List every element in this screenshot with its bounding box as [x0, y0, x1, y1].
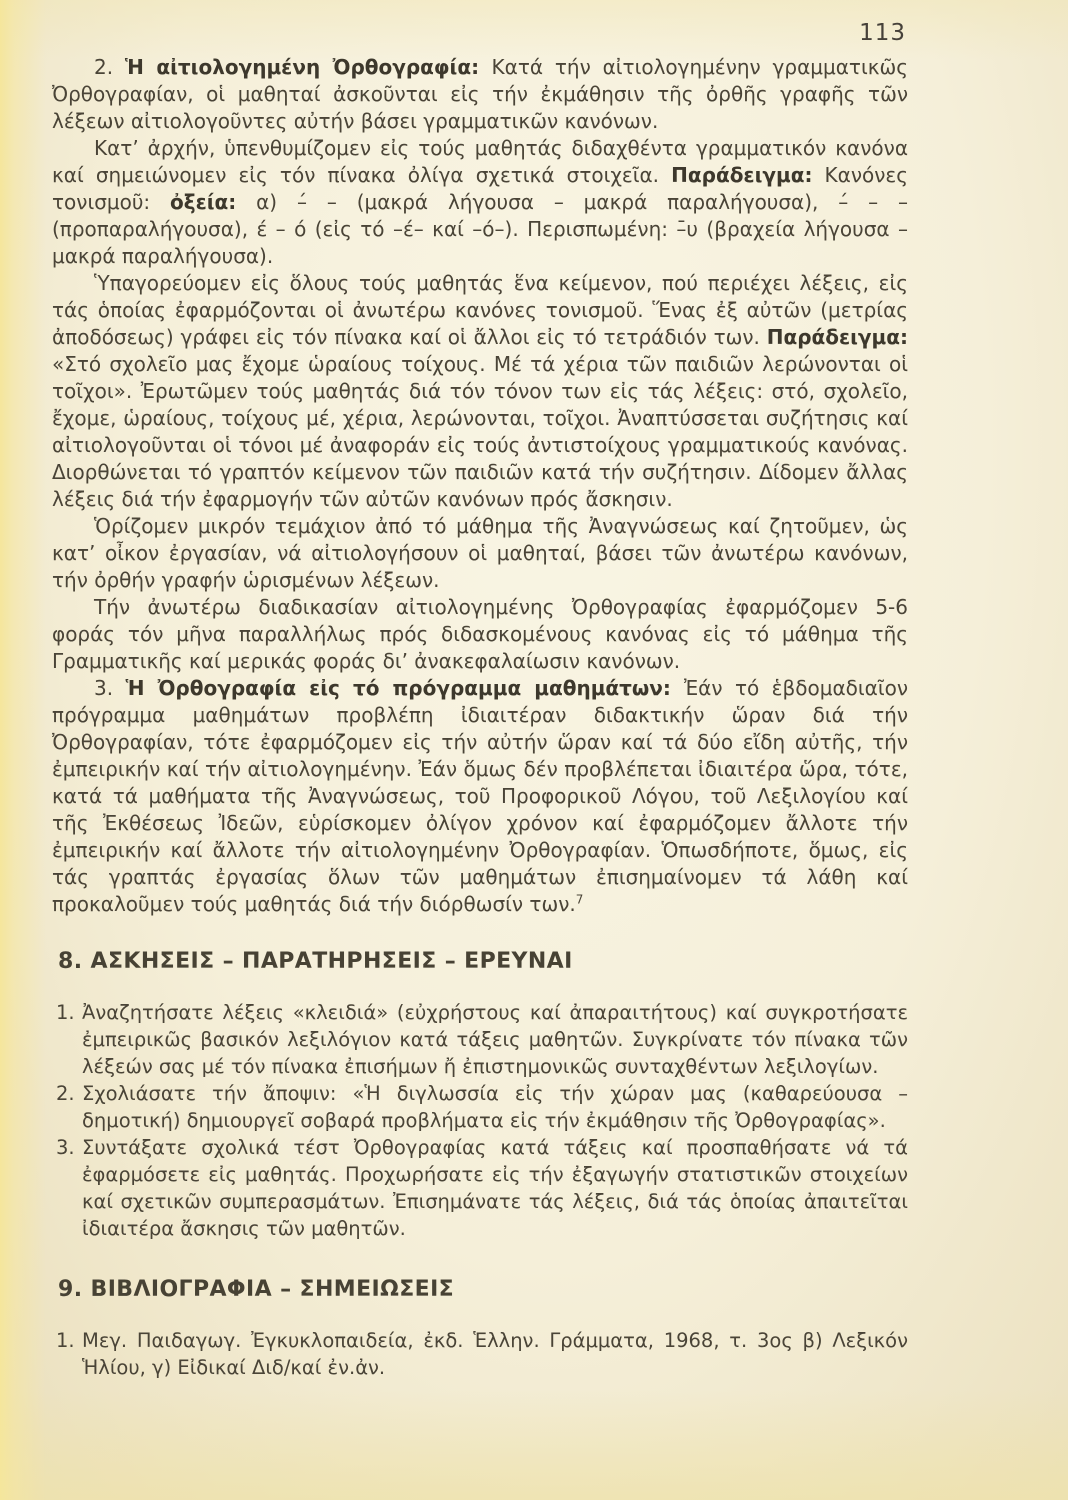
exercise-item-2-text: Σχολιάσατε τήν ἄποψιν: «Ἡ διγλωσσία εἰς … [82, 1082, 908, 1132]
page-number: 113 [0, 20, 906, 46]
exercise-item-3-text: Συντάξατε σχολικά τέστ Ὀρθογραφίας κατά … [82, 1136, 908, 1240]
page-content: 2. Ἡ αἰτιολογημένη Ὀρθογραφία: Κατά τήν … [52, 54, 908, 1381]
paragraph-grammar-rule-example: Κατ’ ἀρχήν, ὑπενθυμίζομεν εἰς τούς μαθητ… [52, 135, 908, 270]
exercise-item-3-number: 3. [56, 1134, 75, 1161]
exercise-item-2: 2. Σχολιάσατε τήν ἄποψιν: «Ἡ διγλωσσία ε… [52, 1080, 908, 1134]
paragraph-homework-assignment: Ὁρίζομεν μικρόν τεμάχιον ἀπό τό μάθημα τ… [52, 513, 908, 594]
section-9-heading-bibliography: 9. ΒΙΒΛΙΟΓΡΑΦΙΑ – ΣΗΜΕΙΩΣΕΙΣ [58, 1276, 908, 1303]
exercise-item-1: 1. Ἀναζητήσατε λέξεις «κλειδιά» (εὐχρήστ… [52, 999, 908, 1080]
bibliography-item-1: 1. Μεγ. Παιδαγωγ. Ἐγκυκλοπαιδεία, ἐκδ. Ἑ… [52, 1327, 908, 1381]
paragraph-reasoned-orthography-intro: 2. Ἡ αἰτιολογημένη Ὀρθογραφία: Κατά τήν … [52, 54, 908, 135]
scanned-book-page: 113 2. Ἡ αἰτιολογημένη Ὀρθογραφία: Κατά … [0, 0, 1068, 1500]
bibliography-item-1-text: Μεγ. Παιδαγωγ. Ἐγκυκλοπαιδεία, ἐκδ. Ἑλλη… [82, 1329, 908, 1379]
paragraph-dictation-procedure: Ὑπαγορεύομεν εἰς ὅλους τούς μαθητάς ἕνα … [52, 270, 908, 513]
section-8-heading-exercises: 8. ΑΣΚΗΣΕΙΣ – ΠΑΡΑΤΗΡΗΣΕΙΣ – ΕΡΕΥΝΑΙ [58, 948, 908, 975]
paragraph-orthography-in-curriculum: 3. Ἡ Ὀρθογραφία εἰς τό πρόγραμμα μαθημάτ… [52, 675, 908, 918]
exercise-item-1-number: 1. [56, 999, 75, 1026]
bibliography-list: 1. Μεγ. Παιδαγωγ. Ἐγκυκλοπαιδεία, ἐκδ. Ἑ… [52, 1327, 908, 1381]
exercises-list: 1. Ἀναζητήσατε λέξεις «κλειδιά» (εὐχρήστ… [52, 999, 908, 1242]
exercise-item-2-number: 2. [56, 1080, 75, 1107]
exercise-item-3: 3. Συντάξατε σχολικά τέστ Ὀρθογραφίας κα… [52, 1134, 908, 1242]
exercise-item-1-text: Ἀναζητήσατε λέξεις «κλειδιά» (εὐχρήστους… [82, 1001, 908, 1078]
bibliography-item-1-number: 1. [56, 1327, 75, 1354]
paragraph-frequency-of-practice: Τήν ἀνωτέρω διαδικασίαν αἰτιολογημένης Ὀ… [52, 594, 908, 675]
